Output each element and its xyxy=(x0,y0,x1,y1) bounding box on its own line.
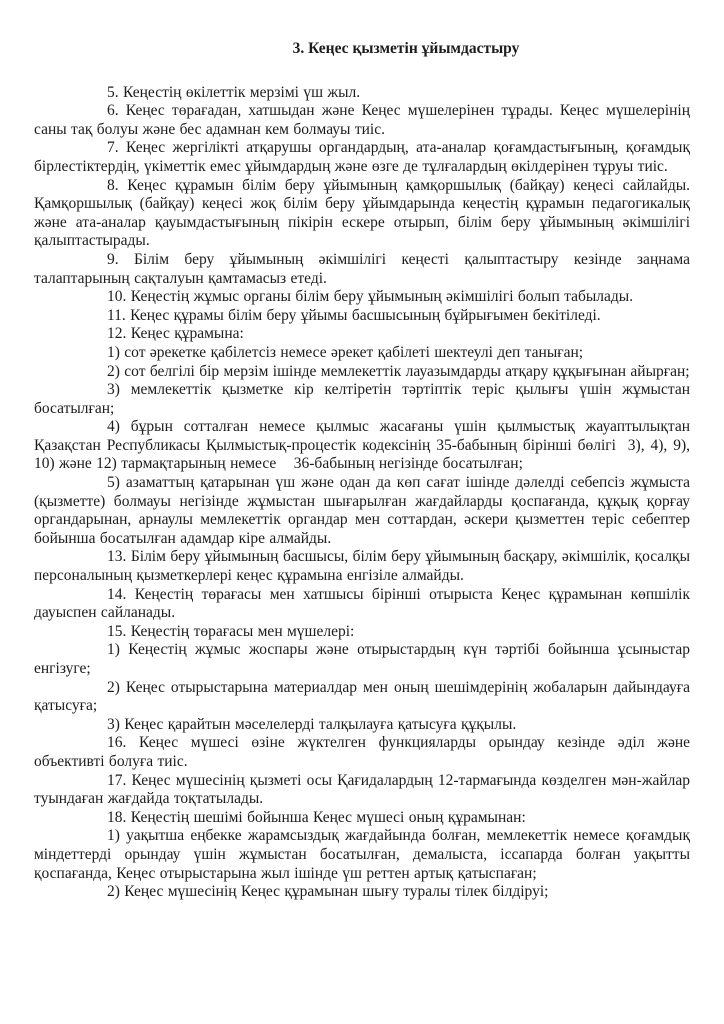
paragraph-18-item-2: 2) Кеңес мүшесінің Кеңес құрамынан шығу … xyxy=(34,883,690,902)
paragraph-6: 6. Кеңес төрағадан, хатшыдан және Кеңес … xyxy=(34,102,690,139)
paragraph-10: 10. Кеңестің жұмыс органы білім беру ұйы… xyxy=(34,288,690,307)
paragraph-15-item-2: 2) Кеңес отырыстарына материалдар мен он… xyxy=(34,679,690,716)
paragraph-9: 9. Білім беру ұйымының әкімшілігі кеңест… xyxy=(34,251,690,288)
paragraph-14: 14. Кеңестің төрағасы мен хатшысы бірінш… xyxy=(34,586,690,623)
paragraph-16: 16. Кеңес мүшесі өзіне жүктелген функция… xyxy=(34,734,690,771)
paragraph-12-item-3: 3) мемлекеттік қызметке кір келтіретін т… xyxy=(34,381,690,418)
document-page: 3. Кеңес қызметін ұйымдастыру 5. Кеңесті… xyxy=(0,0,724,1024)
paragraph-12: 12. Кеңес құрамына: xyxy=(34,325,690,344)
paragraph-15-item-3: 3) Кеңес қарайтын мәселелерді талқылауға… xyxy=(34,716,690,735)
paragraph-17: 17. Кеңес мүшесінің қызметі осы Қағидала… xyxy=(34,772,690,809)
paragraph-12-item-2: 2) сот белгілі бір мерзім ішінде мемлеке… xyxy=(34,363,690,382)
paragraph-11: 11. Кеңес құрамы білім беру ұйымы басшыс… xyxy=(34,307,690,326)
paragraph-18: 18. Кеңестің шешімі бойынша Кеңес мүшесі… xyxy=(34,809,690,828)
paragraph-12-item-4: 4) бұрын сотталған немесе қылмыс жасаған… xyxy=(34,418,690,474)
paragraph-18-item-1: 1) уақытша еңбекке жарамсыздық жағдайынд… xyxy=(34,827,690,883)
paragraph-5: 5. Кеңестің өкілеттік мерзімі үш жыл. xyxy=(34,84,690,103)
paragraph-12-item-1: 1) сот әрекетке қабілетсіз немесе әрекет… xyxy=(34,344,690,363)
paragraph-8: 8. Кеңес құрамын білім беру ұйымының қам… xyxy=(34,177,690,251)
paragraph-13: 13. Білім беру ұйымының басшысы, білім б… xyxy=(34,548,690,585)
paragraph-12-item-5: 5) азаматтың қатарынан үш және одан да к… xyxy=(34,474,690,548)
paragraph-15: 15. Кеңестің төрағасы мен мүшелері: xyxy=(34,623,690,642)
paragraph-7: 7. Кеңес жергілікті атқарушы органдардың… xyxy=(34,139,690,176)
document-title: 3. Кеңес қызметін ұйымдастыру xyxy=(122,40,690,59)
paragraph-15-item-1: 1) Кеңестің жұмыс жоспары және отырыстар… xyxy=(34,641,690,678)
